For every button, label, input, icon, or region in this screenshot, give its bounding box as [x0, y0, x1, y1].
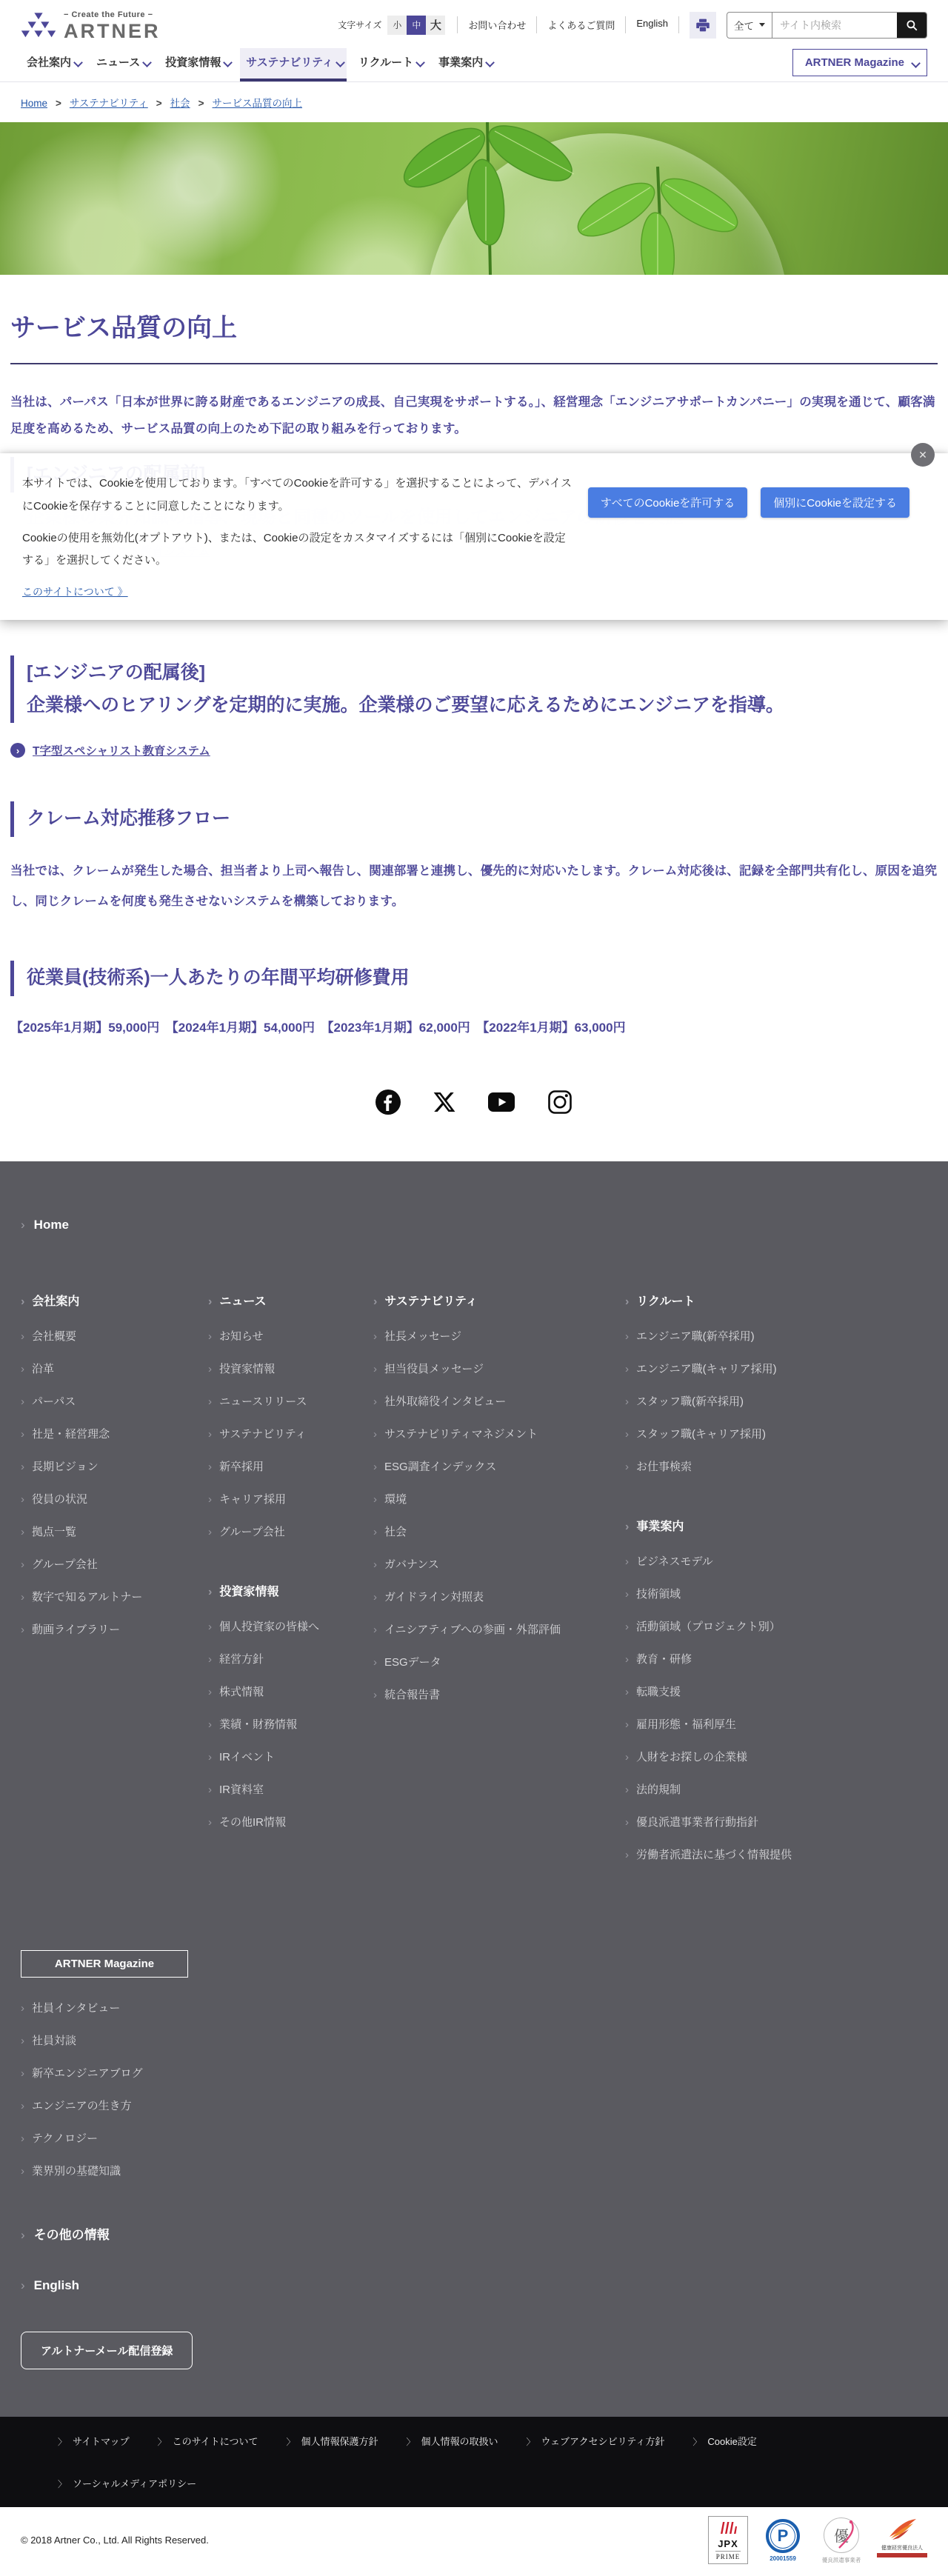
intro-paragraph: 当社は、パーパス「日本が世界に誇る財産であるエンジニアの成長、自己実現をサポート… — [10, 390, 938, 442]
footer-list-item: 業績・財務情報 — [208, 1716, 373, 1732]
footer-list-item: 社会 — [373, 1524, 625, 1539]
footer-list-item: イニシアティブへの参画・外部評価 — [373, 1621, 625, 1637]
footer-link[interactable]: 技術領域 — [625, 1588, 681, 1601]
footer-list-item: 教育・研修 — [625, 1651, 927, 1666]
nav-item[interactable]: 事業案内 — [433, 48, 496, 81]
footer-list-item: 統合報告書 — [373, 1686, 625, 1702]
footer-link[interactable]: サステナビリティ — [208, 1428, 307, 1441]
footer-list-item: 事業案内 — [625, 1517, 927, 1534]
footer-link[interactable]: 長期ビジョン — [21, 1461, 99, 1473]
footer-magazine-list: 社員インタビュー社員対談新卒エンジニアブログエンジニアの生き方テクノロジー業界別… — [21, 2000, 927, 2178]
logo-name: ARTNER — [64, 20, 161, 42]
breadcrumb-link[interactable]: 社会 — [170, 98, 190, 109]
footer-link[interactable]: 役員の状況 — [21, 1493, 87, 1506]
font-size-button[interactable]: 小 — [387, 16, 407, 35]
page-title: サービス品質の向上 — [10, 307, 938, 364]
complaint-paragraph: 当社では、クレームが発生した場合、担当者より上司へ報告し、関連部署と連携し、優先… — [10, 856, 938, 916]
privacy-mark-icon: P — [766, 2519, 800, 2553]
artner-logo[interactable]: − Create the Future − ARTNER — [21, 7, 161, 42]
footer-link[interactable]: パーパス — [21, 1395, 76, 1408]
footer-link[interactable]: IRイベント — [208, 1751, 275, 1764]
footer-link[interactable]: 投資家情報 — [208, 1363, 275, 1375]
excellent-dispatch-agency-logo: 優 優良派遣事業者 — [818, 2516, 865, 2564]
nav-item[interactable]: リクルート — [353, 48, 427, 81]
printer-icon — [695, 18, 710, 33]
footer-link[interactable]: 社是・経営理念 — [21, 1428, 110, 1441]
footer-link[interactable]: お知らせ — [208, 1330, 264, 1343]
footer-link[interactable]: 環境 — [373, 1493, 407, 1506]
mail-signup-button[interactable]: アルトナーメール配信登録 — [21, 2332, 193, 2369]
utility-links: お問い合わせよくあるご質問English — [457, 16, 679, 33]
section-training-cost: 従業員(技術系)一人あたりの年間平均研修費用 【2025年1月期】59,000円… — [10, 961, 938, 1035]
breadcrumb-item: サステナビリティ — [70, 98, 170, 109]
footer-list-item: 投資家情報 — [208, 1361, 373, 1376]
footer-link[interactable]: グループ会社 — [208, 1526, 285, 1538]
section-heading: クレーム対応推移フロー — [10, 801, 938, 837]
footer-list-item: 会社概要 — [21, 1328, 208, 1344]
footer-list-item: 株式情報 — [208, 1684, 373, 1699]
certification-logos: JPX PRIME P 20001559 優 優良派遣事業者 健康経営優良 — [708, 2516, 927, 2564]
footer-link[interactable]: ESG調査インデックス — [373, 1461, 496, 1473]
footer-magazine-button[interactable]: ARTNER Magazine — [21, 1950, 188, 1978]
cookie-text-1: 本サイトでは、Cookieを使用しております。「すべてのCookieを許可する」… — [22, 473, 574, 518]
jpx-label: JPX — [715, 2538, 741, 2552]
section-heading: [エンジニアの配属後] — [27, 657, 938, 690]
social-links — [10, 1089, 938, 1115]
legal-link[interactable]: このサイトについて — [158, 2434, 258, 2448]
footer-list-item: お仕事検索 — [625, 1458, 927, 1474]
footer-link[interactable]: 株式情報 — [208, 1686, 264, 1698]
accept-all-cookies-button[interactable]: すべてのCookieを許可する — [588, 487, 747, 518]
footer-list-item: サステナビリティ — [208, 1426, 373, 1441]
footer-link[interactable]: サステナビリティ — [373, 1295, 478, 1308]
footer-list-item: 転職支援 — [625, 1684, 927, 1699]
footer-list-item: 経営方針 — [208, 1651, 373, 1666]
breadcrumb-link[interactable]: サステナビリティ — [70, 98, 148, 109]
training-cost-values: 【2025年1月期】59,000円 【2024年1月期】54,000円 【202… — [10, 1017, 938, 1035]
footer-link[interactable]: グループ会社 — [21, 1558, 98, 1571]
footer-link[interactable]: 沿革 — [21, 1363, 54, 1375]
site-footer: Home 会社案内会社概要沿革パーパス社是・経営理念長期ビジョン役員の状況拠点一… — [0, 1161, 948, 2417]
footer-list-item: テクノロジー — [21, 2130, 927, 2146]
font-size-label: 文字サイズ — [338, 19, 381, 31]
breadcrumb: Homeサステナビリティ社会サービス品質の向上 — [0, 82, 948, 122]
footer-list-item: 環境 — [373, 1491, 625, 1506]
footer-link[interactable]: 事業案内 — [625, 1521, 684, 1533]
footer-list-item: スタッフ職(キャリア採用) — [625, 1426, 927, 1441]
print-button[interactable] — [690, 12, 716, 39]
legal-link[interactable]: ウェブアクセシビリティ方針 — [527, 2434, 665, 2448]
footer-link[interactable]: 人財をお探しの企業様 — [625, 1751, 747, 1764]
magazine-nav-button[interactable]: ARTNER Magazine — [792, 49, 927, 76]
section-post-assignment: [エンジニアの配属後] 企業様へのヒアリングを定期的に実施。企業様のご要望に応え… — [10, 655, 938, 759]
footer-list-item: サステナビリティマネジメント — [373, 1426, 625, 1441]
cookie-banner: ✕ 本サイトでは、Cookieを使用しております。「すべてのCookieを許可す… — [0, 453, 948, 620]
footer-link[interactable]: 拠点一覧 — [21, 1526, 76, 1538]
footer-list-item: 拠点一覧 — [21, 1524, 208, 1539]
footer-link[interactable]: 社員インタビュー — [21, 2002, 120, 2015]
footer-list-item: ESG調査インデックス — [373, 1458, 625, 1474]
footer-list-item: パーパス — [21, 1393, 208, 1409]
footer-link[interactable]: 法的規制 — [625, 1783, 681, 1796]
footer-link[interactable]: ニュースリリース — [208, 1395, 307, 1408]
footer-list-item: 会社案内 — [21, 1292, 208, 1309]
footer-list-item: 投資家情報 — [208, 1582, 373, 1599]
footer-column-news-ir: ニュースお知らせ投資家情報ニュースリリースサステナビリティ新卒採用キャリア採用グ… — [208, 1292, 373, 1879]
footer-list-item: IRイベント — [208, 1749, 373, 1764]
privacy-mark-number: 20001559 — [760, 2555, 806, 2562]
health-management-logo: 健康経営優良法人 — [877, 2516, 927, 2557]
footer-list-item: 社員インタビュー — [21, 2000, 927, 2015]
x-icon[interactable] — [433, 1090, 456, 1114]
footer-link[interactable]: テクノロジー — [21, 2132, 98, 2145]
footer-list-item: 社長メッセージ — [373, 1328, 625, 1344]
nav-item[interactable]: 会社案内 — [21, 48, 84, 81]
cookie-close-button[interactable]: ✕ — [911, 443, 935, 467]
footer-list-item: ESGデータ — [373, 1654, 625, 1669]
search-icon — [905, 19, 918, 32]
site-header: − Create the Future − ARTNER 文字サイズ 小中大 お… — [0, 0, 948, 82]
leaf-illustration — [311, 122, 770, 275]
nav-item[interactable]: ニュース — [90, 48, 153, 81]
instagram-icon[interactable] — [547, 1089, 573, 1115]
footer-list-item: ニュースリリース — [208, 1393, 373, 1409]
chevron-down-icon — [759, 23, 765, 27]
utility-link[interactable]: English — [625, 16, 679, 33]
legal-link[interactable]: Cookie設定 — [692, 2434, 756, 2448]
footer-list-item: グループ会社 — [21, 1556, 208, 1572]
footer-home-link[interactable]: Home — [21, 1218, 69, 1232]
legal-links-bar: サイトマップこのサイトについて個人情報保護方針個人情報の取扱いウェブアクセシビリ… — [0, 2417, 948, 2507]
footer-link[interactable]: イニシアティブへの参画・外部評価 — [373, 1624, 561, 1636]
footer-link[interactable]: 担当役員メッセージ — [373, 1363, 484, 1375]
footer-link[interactable]: 会社概要 — [21, 1330, 76, 1343]
footer-list-item: その他IR情報 — [208, 1814, 373, 1829]
footer-list-item: 法的規制 — [625, 1781, 927, 1797]
footer-column-recruit-business: リクルートエンジニア職(新卒採用)エンジニア職(キャリア採用)スタッフ職(新卒採… — [625, 1292, 927, 1879]
section-subheading: 企業様へのヒアリングを定期的に実施。企業様のご要望に応えるためにエンジニアを指導… — [27, 690, 938, 722]
footer-english-link[interactable]: English — [21, 2278, 79, 2292]
footer-column-sustainability: サステナビリティ社長メッセージ担当役員メッセージ社外取締役インタビューサステナビ… — [373, 1292, 625, 1879]
youtube-icon[interactable] — [487, 1091, 515, 1113]
footer-list-item: ガバナンス — [373, 1556, 625, 1572]
section-complaint-flow: クレーム対応推移フロー 当社では、クレームが発生した場合、担当者より上司へ報告し… — [10, 801, 938, 916]
footer-list-item: 労働者派遣法に基づく情報提供 — [625, 1846, 927, 1862]
footer-list-item: グループ会社 — [208, 1524, 373, 1539]
footer-link[interactable]: 新卒エンジニアブログ — [21, 2067, 143, 2080]
legal-link[interactable]: ソーシャルメディアポリシー — [58, 2476, 196, 2490]
footer-link[interactable]: 動画ライブラリー — [21, 1624, 120, 1636]
search-scope-value: 全て — [734, 18, 754, 33]
footer-list-item: サステナビリティ — [373, 1292, 625, 1309]
footer-list-item: 優良派遣事業者行動指針 — [625, 1814, 927, 1829]
legal-link[interactable]: 個人情報保護方針 — [286, 2434, 378, 2448]
customize-cookies-button[interactable]: 個別にCookieを設定する — [761, 487, 909, 518]
footer-link[interactable]: スタッフ職(キャリア採用) — [625, 1428, 766, 1441]
footer-list-item: エンジニア職(新卒採用) — [625, 1328, 927, 1344]
footer-link[interactable]: ESGデータ — [373, 1656, 441, 1669]
footer-list-item: 数字で知るアルトナー — [21, 1589, 208, 1604]
footer-link[interactable]: エンジニア職(キャリア採用) — [625, 1363, 777, 1375]
breadcrumb-link[interactable]: サービス品質の向上 — [213, 98, 303, 109]
footer-list-item: ビジネスモデル — [625, 1553, 927, 1569]
font-size-switcher: 小中大 — [387, 16, 445, 35]
footer-link[interactable]: 新卒採用 — [208, 1461, 264, 1473]
utility-link[interactable]: よくあるご質問 — [536, 16, 625, 33]
footer-list-item: 雇用形態・福利厚生 — [625, 1716, 927, 1732]
footer-list-item: エンジニアの生き方 — [21, 2098, 927, 2113]
haken-label: 優良派遣事業者 — [818, 2556, 865, 2564]
footer-link[interactable]: スタッフ職(新卒採用) — [625, 1395, 744, 1408]
footer-link[interactable]: サステナビリティマネジメント — [373, 1428, 538, 1441]
footer-link[interactable]: ガイドライン対照表 — [373, 1591, 484, 1604]
footer-link[interactable]: エンジニア職(新卒採用) — [625, 1330, 755, 1343]
footer-link[interactable]: 労働者派遣法に基づく情報提供 — [625, 1849, 792, 1861]
footer-other-info-link[interactable]: その他の情報 — [21, 2228, 110, 2242]
footer-list-item: IR資料室 — [208, 1781, 373, 1797]
footer-link[interactable]: その他IR情報 — [208, 1816, 286, 1829]
footer-list-item: リクルート — [625, 1292, 927, 1309]
footer-link[interactable]: 業績・財務情報 — [208, 1718, 297, 1731]
footer-list-item: 人財をお探しの企業様 — [625, 1749, 927, 1764]
footer-list-item: 役員の状況 — [21, 1491, 208, 1506]
footer-link[interactable]: エンジニアの生き方 — [21, 2100, 132, 2112]
breadcrumb-link[interactable]: Home — [21, 98, 47, 109]
footer-list-item: お知らせ — [208, 1328, 373, 1344]
jpx-prime-label: PRIME — [712, 2553, 744, 2560]
health-logo-bar — [877, 2553, 927, 2557]
footer-list-item: ニュース — [208, 1292, 373, 1309]
main-content: サービス品質の向上 当社は、パーパス「日本が世界に誇る財産であるエンジニアの成長… — [0, 275, 948, 1115]
breadcrumb-item: Home — [21, 98, 70, 109]
copyright: © 2018 Artner Co., Ltd. All Rights Reser… — [21, 2535, 209, 2546]
footer-link[interactable]: 経営方針 — [208, 1653, 264, 1666]
footer-link[interactable]: 社員対談 — [21, 2035, 76, 2047]
cookie-text-2: Cookieの使用を無効化(オプトアウト)、または、Cookieの設定をカスタマ… — [22, 527, 574, 573]
footer-list-item: エンジニア職(キャリア採用) — [625, 1361, 927, 1376]
footer-list-item: 技術領域 — [625, 1586, 927, 1601]
breadcrumb-item: 社会 — [170, 98, 213, 109]
footer-link[interactable]: 社外取締役インタビュー — [373, 1395, 506, 1408]
footer-column-company: 会社案内会社概要沿革パーパス社是・経営理念長期ビジョン役員の状況拠点一覧グループ… — [21, 1292, 208, 1879]
hero-image — [0, 122, 948, 275]
footer-link[interactable]: キャリア採用 — [208, 1493, 286, 1506]
footer-list-item: 社員対談 — [21, 2032, 927, 2048]
logo-tagline: − Create the Future − — [64, 10, 153, 19]
flame-icon — [887, 2516, 918, 2540]
footer-link[interactable]: 優良派遣事業者行動指針 — [625, 1816, 758, 1829]
footer-link[interactable]: 教育・研修 — [625, 1653, 692, 1666]
bottom-bar: © 2018 Artner Co., Ltd. All Rights Reser… — [0, 2507, 948, 2576]
footer-list-item: 活動領域（プロジェクト別） — [625, 1618, 927, 1634]
breadcrumb-item: サービス品質の向上 — [213, 98, 303, 109]
footer-link[interactable]: 個人投資家の皆様へ — [208, 1621, 319, 1633]
footer-list-item: ガイドライン対照表 — [373, 1589, 625, 1604]
footer-link[interactable]: 活動領域（プロジェクト別） — [625, 1621, 781, 1633]
header-utility-bar: 文字サイズ 小中大 お問い合わせよくあるご質問English 全て — [338, 12, 927, 39]
footer-link[interactable]: 転職支援 — [625, 1686, 681, 1698]
legal-link[interactable]: サイトマップ — [58, 2434, 130, 2448]
privacy-mark-logo: P 20001559 — [760, 2516, 806, 2562]
artner-logo-mark — [21, 10, 56, 42]
health-label: 健康経営優良法人 — [877, 2544, 927, 2552]
footer-link[interactable]: ビジネスモデル — [625, 1555, 713, 1568]
search-button[interactable] — [897, 13, 927, 38]
footer-link[interactable]: ガバナンス — [373, 1558, 439, 1571]
about-this-site-link[interactable]: このサイトについて 》 — [22, 584, 128, 599]
font-size-button[interactable]: 大 — [426, 16, 445, 35]
footer-link[interactable]: 社会 — [373, 1526, 407, 1538]
utility-link[interactable]: お問い合わせ — [457, 16, 536, 33]
footer-list-item: スタッフ職(新卒採用) — [625, 1393, 927, 1409]
footer-link[interactable]: お仕事検索 — [625, 1461, 692, 1473]
section-heading: 従業員(技術系)一人あたりの年間平均研修費用 — [10, 961, 938, 996]
legal-link[interactable]: 個人情報の取扱い — [406, 2434, 498, 2448]
nav-item[interactable]: サステナビリティ — [240, 48, 347, 81]
footer-link[interactable]: ニュース — [208, 1295, 267, 1308]
footer-link[interactable]: IR資料室 — [208, 1783, 264, 1796]
jpx-prime-logo: JPX PRIME — [708, 2516, 748, 2564]
footer-list-item: 社是・経営理念 — [21, 1426, 208, 1441]
footer-link[interactable]: 業界別の基礎知識 — [21, 2165, 121, 2178]
footer-link[interactable]: 雇用形態・福利厚生 — [625, 1718, 736, 1731]
t-shaped-specialist-link[interactable]: T字型スペシャリスト教育システム — [33, 742, 210, 758]
footer-list-item: 社外取締役インタビュー — [373, 1393, 625, 1409]
search-scope-select[interactable]: 全て — [727, 13, 772, 38]
site-search-input[interactable] — [772, 13, 897, 38]
main-navigation: 会社案内ニュース投資家情報サステナビリティリクルート事業案内 ARTNER Ma… — [0, 44, 948, 81]
facebook-icon[interactable] — [375, 1089, 401, 1115]
jpx-bars-icon — [719, 2520, 737, 2534]
footer-list-item: 長期ビジョン — [21, 1458, 208, 1474]
font-size-button[interactable]: 中 — [407, 16, 426, 35]
footer-list-item: 担当役員メッセージ — [373, 1361, 625, 1376]
footer-list-item: 沿革 — [21, 1361, 208, 1376]
footer-link[interactable]: 会社案内 — [21, 1295, 79, 1308]
pink-ribbon-icon — [829, 2520, 857, 2551]
footer-link[interactable]: 統合報告書 — [373, 1689, 440, 1701]
site-search: 全て — [727, 12, 927, 39]
footer-link[interactable]: 社長メッセージ — [373, 1330, 461, 1343]
footer-link[interactable]: 数字で知るアルトナー — [21, 1591, 142, 1604]
footer-link[interactable]: リクルート — [625, 1295, 695, 1308]
footer-link[interactable]: 投資家情報 — [208, 1586, 278, 1598]
footer-list-item: 動画ライブラリー — [21, 1621, 208, 1637]
nav-item[interactable]: 投資家情報 — [159, 48, 234, 81]
footer-list-item: 個人投資家の皆様へ — [208, 1618, 373, 1634]
footer-list-item: 新卒エンジニアブログ — [21, 2065, 927, 2081]
footer-list-item: 業界別の基礎知識 — [21, 2163, 927, 2178]
arrow-circle-icon: › — [10, 743, 25, 758]
footer-list-item: 新卒採用 — [208, 1458, 373, 1474]
footer-list-item: キャリア採用 — [208, 1491, 373, 1506]
